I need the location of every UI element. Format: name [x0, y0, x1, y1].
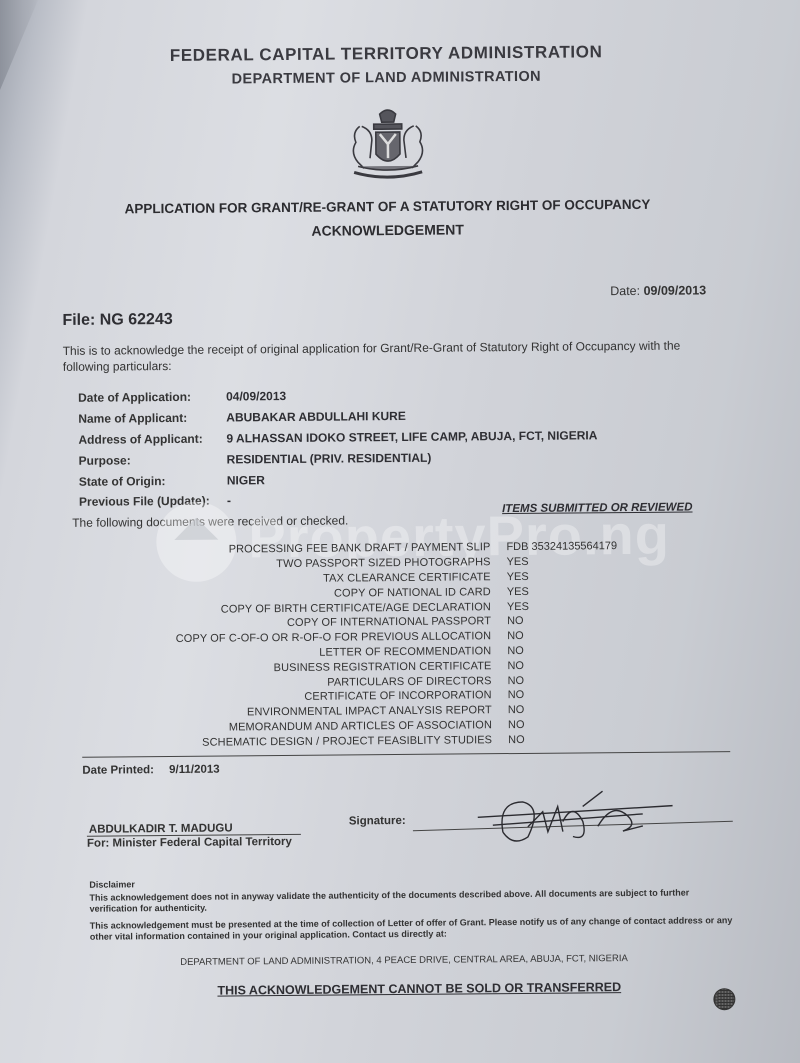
coat-of-arms-icon: [342, 106, 435, 185]
issue-date: Date: 09/09/2013: [610, 283, 706, 298]
date-printed: Date Printed: 9/11/2013: [82, 764, 219, 777]
document-item-status: YES: [507, 586, 529, 598]
documents-list: PROCESSING FEE BANK DRAFT / PAYMENT SLIP…: [100, 539, 662, 751]
items-header: ITEMS SUBMITTED OR REVIEWED: [502, 501, 693, 515]
document-item-status: NO: [508, 719, 525, 731]
document-item-status: FDB 35324135564179: [506, 540, 617, 553]
document-item-status: YES: [506, 556, 528, 568]
document-item-status: NO: [508, 689, 525, 701]
particulars-list: Date of Application:04/09/2013Name of Ap…: [78, 383, 598, 512]
file-number: File: NG 62243: [62, 311, 172, 330]
disclaimer-paragraph-1: This acknowledgement does not in anyway …: [89, 887, 739, 915]
particular-value: 9 ALHASSAN IDOKO STREET, LIFE CAMP, ABUJ…: [226, 428, 597, 445]
particular-value: RESIDENTIAL (PRIV. RESIDENTIAL): [227, 451, 432, 467]
particular-label: State of Origin:: [79, 473, 227, 488]
signature-label: Signature:: [349, 815, 406, 827]
department-title: DEPARTMENT OF LAND ADMINISTRATION: [0, 67, 786, 90]
particular-value: -: [227, 494, 231, 508]
signatory-title: For: Minister Federal Capital Territory: [87, 836, 292, 850]
signature-mark-icon: [473, 786, 674, 848]
document-item-name: SCHEMATIC DESIGN / PROJECT FEASIBLITY ST…: [102, 734, 492, 749]
document-item-status: NO: [507, 630, 524, 642]
intro-text: This is to acknowledge the receipt of or…: [63, 337, 728, 375]
printed-label: Date Printed:: [82, 764, 154, 777]
documents-intro: The following documents were received or…: [72, 513, 348, 529]
particular-label: Previous File (Update):: [79, 494, 227, 509]
particular-label: Purpose:: [79, 452, 227, 467]
date-value: 09/09/2013: [643, 283, 706, 298]
particular-label: Date of Application:: [78, 390, 226, 405]
globe-icon: [714, 989, 734, 1009]
document-item-status: NO: [507, 615, 524, 627]
particular-value: NIGER: [227, 473, 265, 487]
document-item-status: NO: [507, 645, 524, 657]
document-item-status: YES: [507, 571, 529, 583]
document-type: ACKNOWLEDGEMENT: [0, 219, 788, 242]
document-item-status: NO: [508, 734, 525, 746]
transfer-warning: THIS ACKNOWLEDGEMENT CANNOT BE SOLD OR T…: [19, 978, 800, 999]
contact-address: DEPARTMENT OF LAND ADMINISTRATION, 4 PEA…: [4, 951, 800, 969]
particular-value: 04/09/2013: [226, 389, 286, 404]
particular-value: ABUBAKAR ABDULLAHI KURE: [226, 409, 406, 425]
date-label: Date:: [610, 284, 640, 298]
file-label: File:: [62, 312, 95, 329]
form-title: APPLICATION FOR GRANT/RE-GRANT OF A STAT…: [0, 196, 787, 218]
particular-label: Name of Applicant:: [78, 411, 226, 426]
disclaimer-title: Disclaimer: [89, 879, 135, 889]
printed-value: 9/11/2013: [169, 764, 220, 776]
items-divider: [82, 751, 730, 758]
file-value: NG 62243: [100, 311, 173, 329]
document-item-status: NO: [507, 660, 524, 672]
document-item-status: NO: [508, 674, 525, 686]
document-item-status: YES: [507, 600, 529, 612]
disclaimer-paragraph-2: This acknowledgement must be presented a…: [90, 915, 740, 943]
document-item-status: NO: [508, 704, 525, 716]
org-title: FEDERAL CAPITAL TERRITORY ADMINISTRATION: [0, 41, 786, 68]
particular-label: Address of Applicant:: [78, 431, 226, 446]
acknowledgement-document: FEDERAL CAPITAL TERRITORY ADMINISTRATION…: [0, 0, 800, 1063]
